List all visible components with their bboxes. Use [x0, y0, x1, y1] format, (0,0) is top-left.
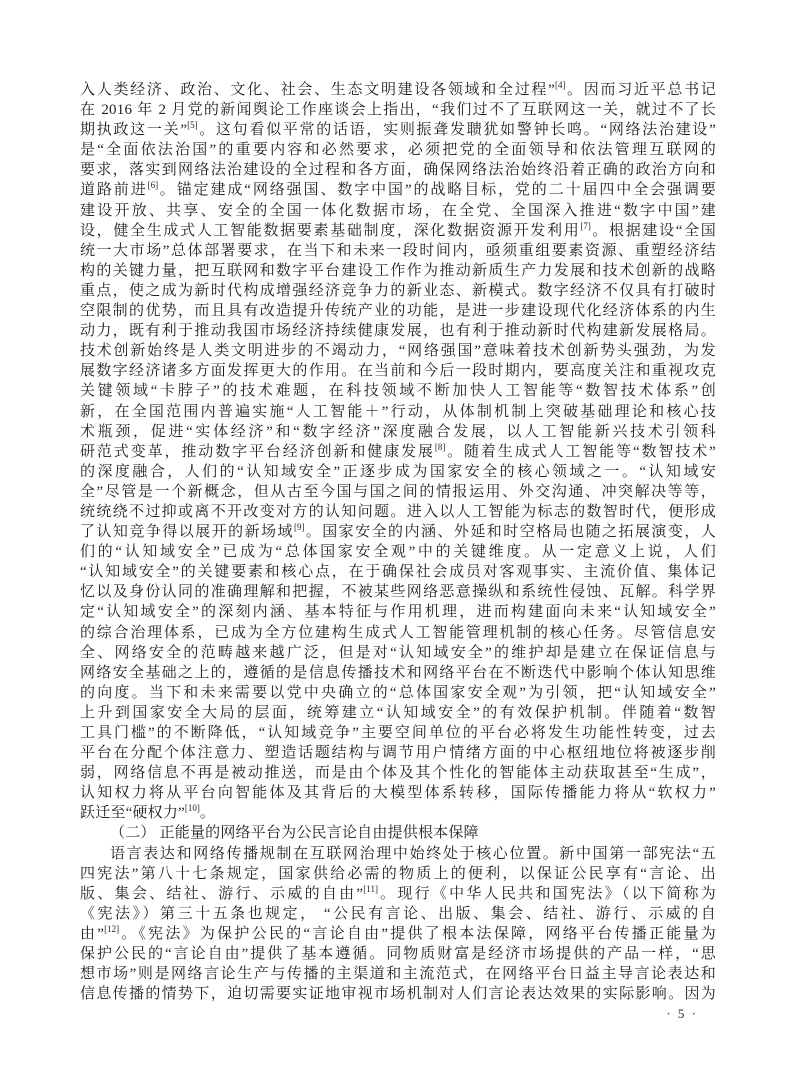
text-line: 关键领域“卡脖子”的技术难题，在科技领域不断加快人工智能等“数智技术体系”创	[80, 381, 716, 401]
text-line: 道路前进[6]。锚定建成“网络强国、数字中国”的战略目标，党的二十届四中全会强调…	[80, 180, 716, 200]
text-line: 上升到国家安全大局的层面，统筹建立“认知域安全”的有效保护机制。伴随着“数智	[80, 703, 716, 723]
citation-ref: [4]	[555, 80, 566, 90]
text-line: 研范式变革，推动数字平台经济创新和健康发展[8]。随着生成式人工智能等“数智技术…	[80, 442, 716, 462]
paragraph-continuation: 入人类经济、政治、文化、社会、生态文明建设各领域和全过程”[4]。因而习近平总书…	[80, 80, 716, 823]
text-line: 建设开放、共享、安全的全国一体化数据市场，在全党、全国深入推进“数字中国”建	[80, 201, 716, 221]
text-line: 动力，既有利于推动我国市场经济持续健康发展，也有利于推动新时代构建新发展格局。	[80, 321, 716, 341]
text-line: 的向度。当下和未来需要以党中央确立的“总体国家安全观”为引领，把“认知域安全”	[80, 683, 716, 703]
text-line: 四宪法”第八十七条规定，国家供给必需的物质上的便利，以保证公民享有“言论、出	[80, 864, 716, 884]
citation-ref: [5]	[187, 120, 198, 130]
text-line: 统一大市场”总体部署要求，在当下和未来一段时间内，亟须重组要素资源、重塑经济结	[80, 241, 716, 261]
citation-ref: [9]	[294, 522, 305, 532]
text-line: 《宪法》）第三十五条也规定， “公民有言论、出版、集会、结社、游行、示威的自	[80, 904, 716, 924]
citation-ref: [7]	[580, 221, 591, 231]
citation-ref: [12]	[104, 924, 119, 934]
text-line: 定“认知域安全”的深刻内涵、基本特征与作用机理，进而构建面向未来“认知域安全”	[80, 602, 716, 622]
text-line: 跃迁至“硬权力”[10]。	[80, 803, 716, 823]
text-line: 忆以及身份认同的准确理解和把握，不被某些网络恶意操纵和系统性侵蚀、瓦解。科学界	[80, 582, 716, 602]
text-line: 保护公民的“言论自由”提供了基本遵循。同物质财富是经济市场提供的产品一样，“思	[80, 944, 716, 964]
text-line: 统统绕不过抑或离不开改变对方的认知问题。进入以人工智能为标志的数智时代，便形成	[80, 502, 716, 522]
text-line: 技术创新始终是人类文明进步的不竭动力，“网络强国”意味着技术创新势头强劲，为发	[80, 341, 716, 361]
text-line: 展数字经济诸多方面发挥更大的作用。在当前和今后一段时期内，要高度关注和重视攻克	[80, 361, 716, 381]
text-line: 期执政这一关”[5]。这句看似平常的话语，实则振聋发聩犹如警钟长鸣。“网络法治建…	[80, 120, 716, 140]
text-line: 空限制的优势，而且具有改造提升传统产业的功能，是进一步建设现代化经济体系的内生	[80, 301, 716, 321]
text-line: 重点，使之成为新时代构成增强经济竞争力的新业态、新模式。数字经济不仅具有打破时	[80, 281, 716, 301]
text-line: 要求，落实到网络法治建设的全过程和各方面，确保网络法治始终沿着正确的政治方向和	[80, 160, 716, 180]
text-line: 弱，网络信息不再是被动推送，而是由个体及其个性化的智能体主动获取甚至“生成”，	[80, 763, 716, 783]
text-line: “认知域安全”的关键要素和核心点，在于确保社会成员对客观事实、主流价值、集体记	[80, 562, 716, 582]
text-line: 设，健全生成式人工智能数据要素基础制度，深化数据资源开发利用[7]。根据建设“全…	[80, 221, 716, 241]
text-line: 工具门槛”的不断降低，“认知域竞争”主要空间单位的平台必将发生功能性转变，过去	[80, 723, 716, 743]
body-text: 入人类经济、政治、文化、社会、生态文明建设各领域和全过程”[4]。因而习近平总书…	[80, 80, 716, 1004]
text-line: 语言表达和网络传播规制在互联网治理中始终处于核心位置。新中国第一部宪法“五	[80, 844, 716, 864]
text-line: 全”尽管是一个新概念，但从古至今国与国之间的情报运用、外交沟通、冲突解决等等，	[80, 482, 716, 502]
citation-ref: [8]	[435, 442, 446, 452]
text-line: 由”[12]。《宪法》为保护公民的“言论自由”提供了根本法保障，网络平台传播正能…	[80, 924, 716, 944]
text-line: 是“全面依法治国”的重要内容和必然要求，必须把党的全面领导和依法管理互联网的	[80, 140, 716, 160]
text-line: 的深度融合，人们的“认知域安全”正逐步成为国家安全的核心领域之一。“认知域安	[80, 462, 716, 482]
text-line: 网络安全基础之上的，遵循的是信息传播技术和网络平台在不断迭代中影响个体认知思维	[80, 663, 716, 683]
text-line: 信息传播的情势下，迫切需要实证地审视市场机制对人们言论表达效果的实际影响。因为	[80, 984, 716, 1004]
text-line: 的综合治理体系，已成为全方位建构生成式人工智能管理机制的核心任务。尽管信息安	[80, 623, 716, 643]
text-line: 了认知竞争得以展开的新场域[9]。国家安全的内涵、外延和时空格局也随之拓展演变，…	[80, 522, 716, 542]
citation-ref: [11]	[363, 884, 378, 894]
page-number: · 5 ·	[80, 1006, 716, 1022]
text-line: 术瓶颈，促进“实体经济”和“数字经济”深度融合发展，以人工智能新兴技术引领科	[80, 422, 716, 442]
scanned-paper-page: 入人类经济、政治、文化、社会、生态文明建设各领域和全过程”[4]。因而习近平总书…	[0, 0, 793, 1077]
text-line: 全、网络安全的范畴越来越广泛，但是对“认知域安全”的维护却是建立在保证信息与	[80, 643, 716, 663]
text-line: 在 2016 年 2 月党的新闻舆论工作座谈会上指出，“我们过不了互联网这一关，…	[80, 100, 716, 120]
paragraph-free-speech: 语言表达和网络传播规制在互联网治理中始终处于核心位置。新中国第一部宪法“五四宪法…	[80, 844, 716, 1005]
text-line: 构的关键力量，把互联网和数字平台建设工作作为推动新质生产力发展和技术创新的战略	[80, 261, 716, 281]
text-line: 平台在分配个体注意力、塑造话题结构与调节用户情绪方面的中心枢纽地位将被逐步削	[80, 743, 716, 763]
text-line: 版、集会、结社、游行、示威的自由”[11]。现行《中华人民共和国宪法》（以下简称…	[80, 884, 716, 904]
text-line: 入人类经济、政治、文化、社会、生态文明建设各领域和全过程”[4]。因而习近平总书…	[80, 80, 716, 100]
text-line: 想市场”则是网络言论生产与传播的主渠道和主流范式，在网络平台日益主导言论表达和	[80, 964, 716, 984]
text-line: 们的“认知域安全”已成为“总体国家安全观”中的关键维度。从一定意义上说，人们	[80, 542, 716, 562]
citation-ref: [6]	[148, 180, 159, 190]
section-heading: （二） 正能量的网络平台为公民言论自由提供根本保障	[80, 823, 716, 843]
text-line: 新，在全国范围内普遍实施“人工智能＋”行动，从体制机制上突破基础理论和核心技	[80, 402, 716, 422]
text-line: 认知权力将从平台向智能体及其背后的大模型体系转移，国际传播能力将从“软权力”	[80, 783, 716, 803]
citation-ref: [10]	[185, 803, 200, 813]
